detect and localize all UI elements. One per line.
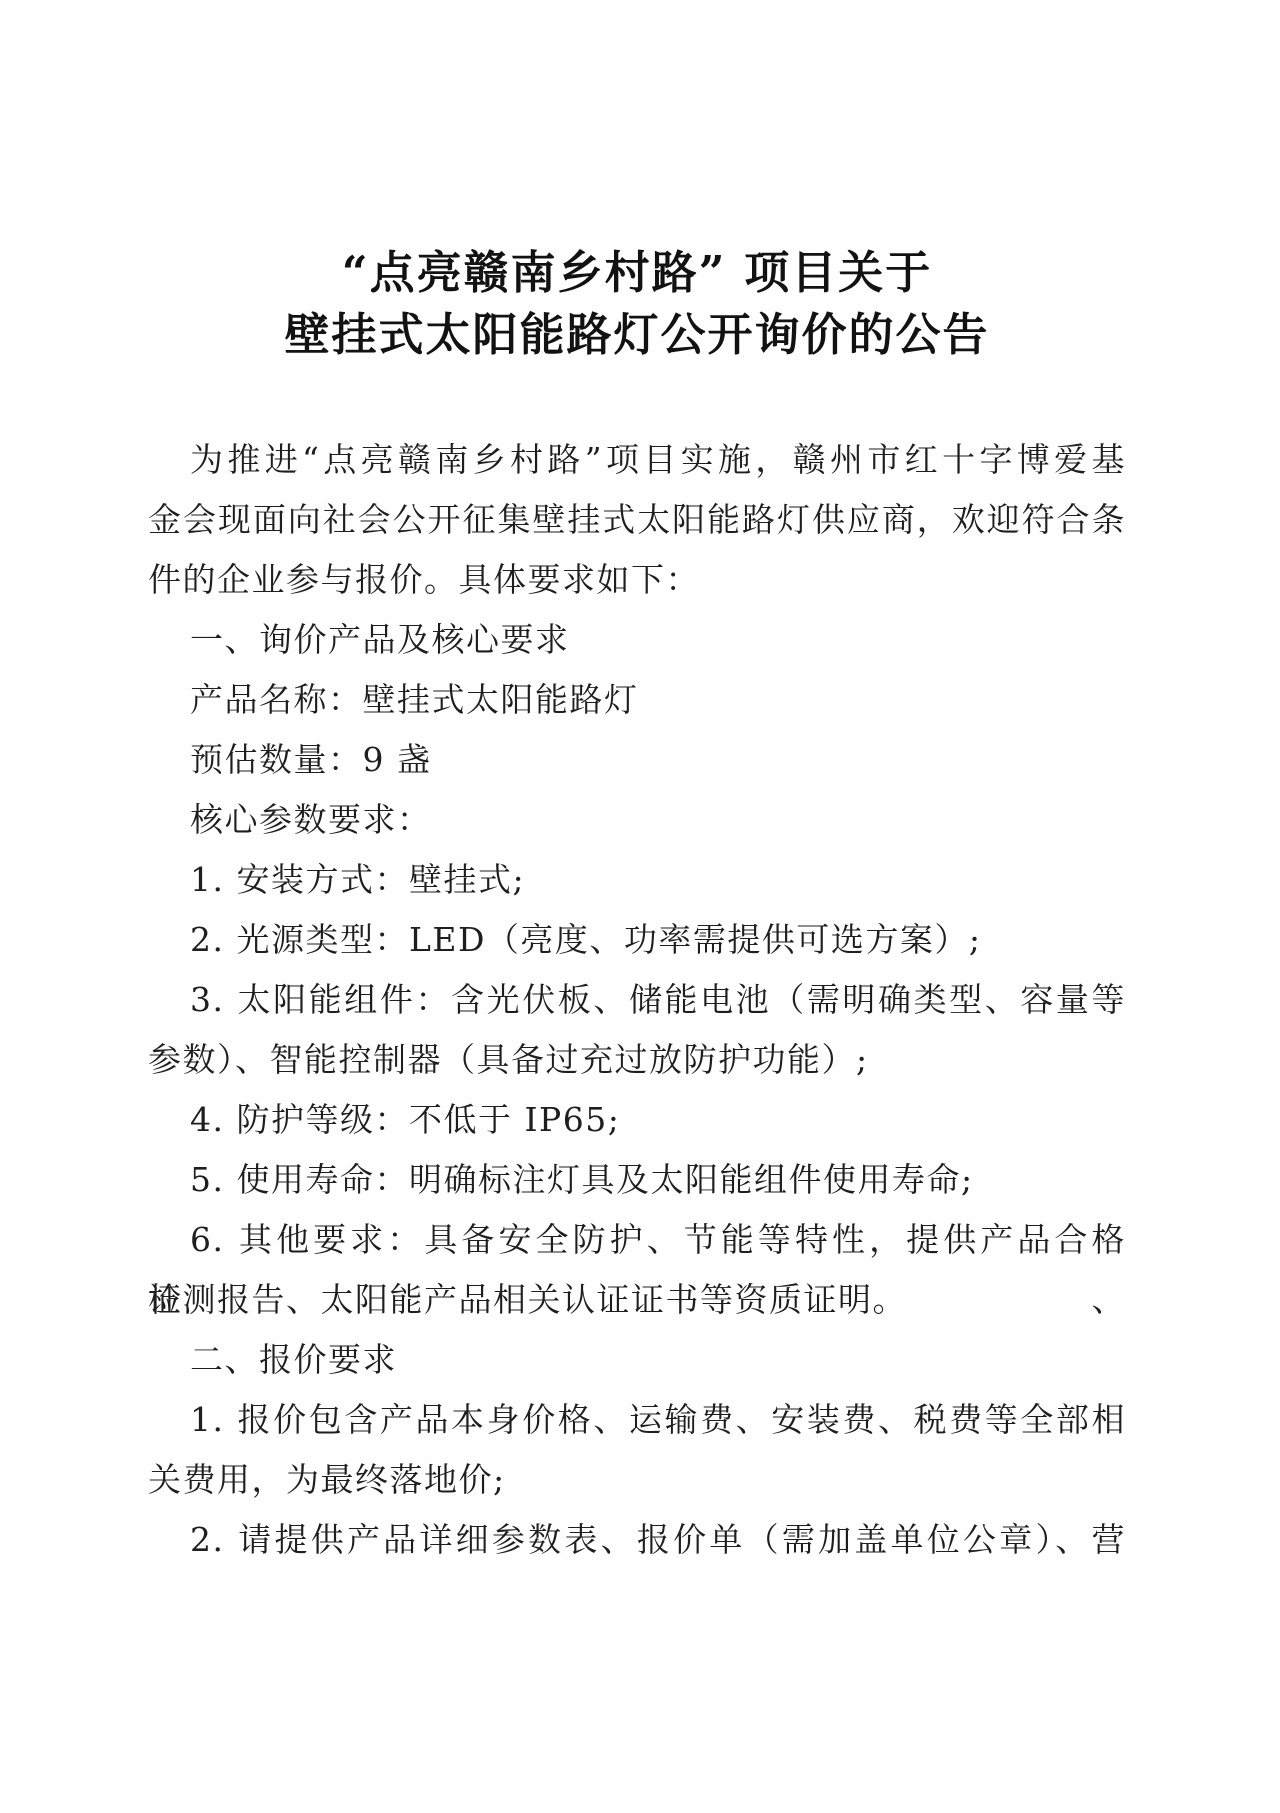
document-body: 为推进“点亮赣南乡村路”项目实施，赣州市红十字博爱基 金会现面向社会公开征集壁挂… xyxy=(148,430,1126,1570)
body-line: 产品名称：壁挂式太阳能路灯 xyxy=(148,670,1126,730)
list-item: 2. 光源类型：LED（亮度、功率需提供可选方案）; xyxy=(148,910,1126,970)
section-heading: 一、询价产品及核心要求 xyxy=(148,610,1126,670)
list-item: 1. 报价包含产品本身价格、运输费、安装费、税费等全部相 xyxy=(148,1390,1126,1450)
list-item-continuation: 关费用，为最终落地价; xyxy=(148,1450,1126,1510)
list-item: 2. 请提供产品详细参数表、报价单（需加盖单位公章）、营 xyxy=(148,1510,1126,1570)
body-line: 核心参数要求： xyxy=(148,790,1126,850)
body-line: 预估数量：9 盏 xyxy=(148,730,1126,790)
body-line: 为推进“点亮赣南乡村路”项目实施，赣州市红十字博爱基 xyxy=(148,430,1126,490)
body-line: 件的企业参与报价。具体要求如下： xyxy=(148,550,1126,610)
body-line: 金会现面向社会公开征集壁挂式太阳能路灯供应商，欢迎符合条 xyxy=(148,490,1126,550)
list-item: 1. 安装方式：壁挂式; xyxy=(148,850,1126,910)
list-item-continuation: 参数）、智能控制器（具备过充过放防护功能）; xyxy=(148,1030,1126,1090)
title-line-1: “点亮赣南乡村路” 项目关于 xyxy=(148,242,1126,304)
list-item: 3. 太阳能组件：含光伏板、储能电池（需明确类型、容量等 xyxy=(148,970,1126,1030)
title-line-2: 壁挂式太阳能路灯公开询价的公告 xyxy=(148,304,1126,366)
list-item: 5. 使用寿命：明确标注灯具及太阳能组件使用寿命; xyxy=(148,1150,1126,1210)
section-heading: 二、报价要求 xyxy=(148,1330,1126,1390)
document-title: “点亮赣南乡村路” 项目关于 壁挂式太阳能路灯公开询价的公告 xyxy=(148,242,1126,366)
list-item: 4. 防护等级：不低于 IP65; xyxy=(148,1090,1126,1150)
list-item: 6. 其他要求：具备安全防护、节能等特性，提供产品合格证、 xyxy=(148,1210,1126,1270)
document-page: “点亮赣南乡村路” 项目关于 壁挂式太阳能路灯公开询价的公告 为推进“点亮赣南乡… xyxy=(0,0,1280,1813)
